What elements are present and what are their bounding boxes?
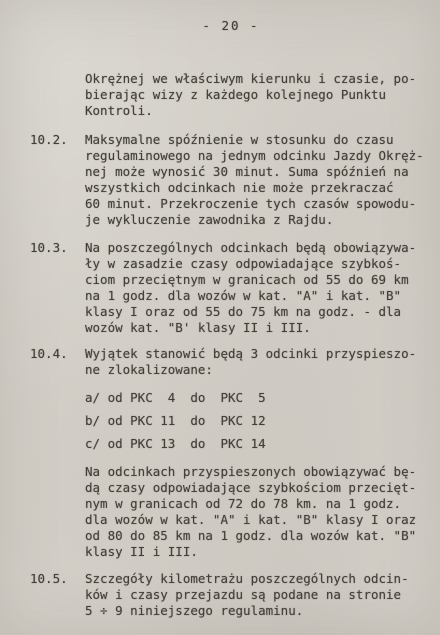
section-10-4: 10.4. Wyjątek stanowić będą 3 odcinki pr… (30, 346, 432, 571)
section-body: Na poszczególnych odcinkach będą obowiąz… (85, 240, 432, 336)
pkc-segments-list: a/ od PKC 4 do PKC 5 b/ od PKC 11 do PKC… (85, 390, 432, 452)
list-item: c/ od PKC 13 do PKC 14 (85, 436, 432, 452)
section-continuation: Na odcinkach przyspieszonych obowiązywać… (85, 464, 432, 560)
page-number: - 20 - (30, 18, 432, 34)
section-number: 10.4. (30, 346, 85, 362)
list-item: a/ od PKC 4 do PKC 5 (85, 390, 432, 406)
section-10-5: 10.5. Szczegóły kilometrażu poszczególny… (30, 571, 432, 619)
intro-paragraph: Okrężnej we właściwym kierunku i czasie,… (85, 71, 432, 119)
list-item: b/ od PKC 11 do PKC 12 (85, 413, 432, 429)
scanned-document-page: - 20 - Okrężnej we właściwym kierunku i … (0, 0, 440, 635)
section-10-3: 10.3. Na poszczególnych odcinkach będą o… (30, 240, 432, 336)
section-number: 10.3. (30, 240, 85, 256)
section-body: Szczegóły kilometrażu poszczególnych odc… (85, 571, 432, 619)
section-body: Wyjątek stanowić będą 3 odcinki przyspie… (85, 346, 432, 378)
section-10-2: 10.2. Maksymalne spóźnienie w stosunku d… (30, 132, 432, 228)
section-number: 10.5. (30, 571, 85, 587)
section-number: 10.2. (30, 132, 85, 148)
section-body: Maksymalne spóźnienie w stosunku do czas… (85, 132, 432, 228)
